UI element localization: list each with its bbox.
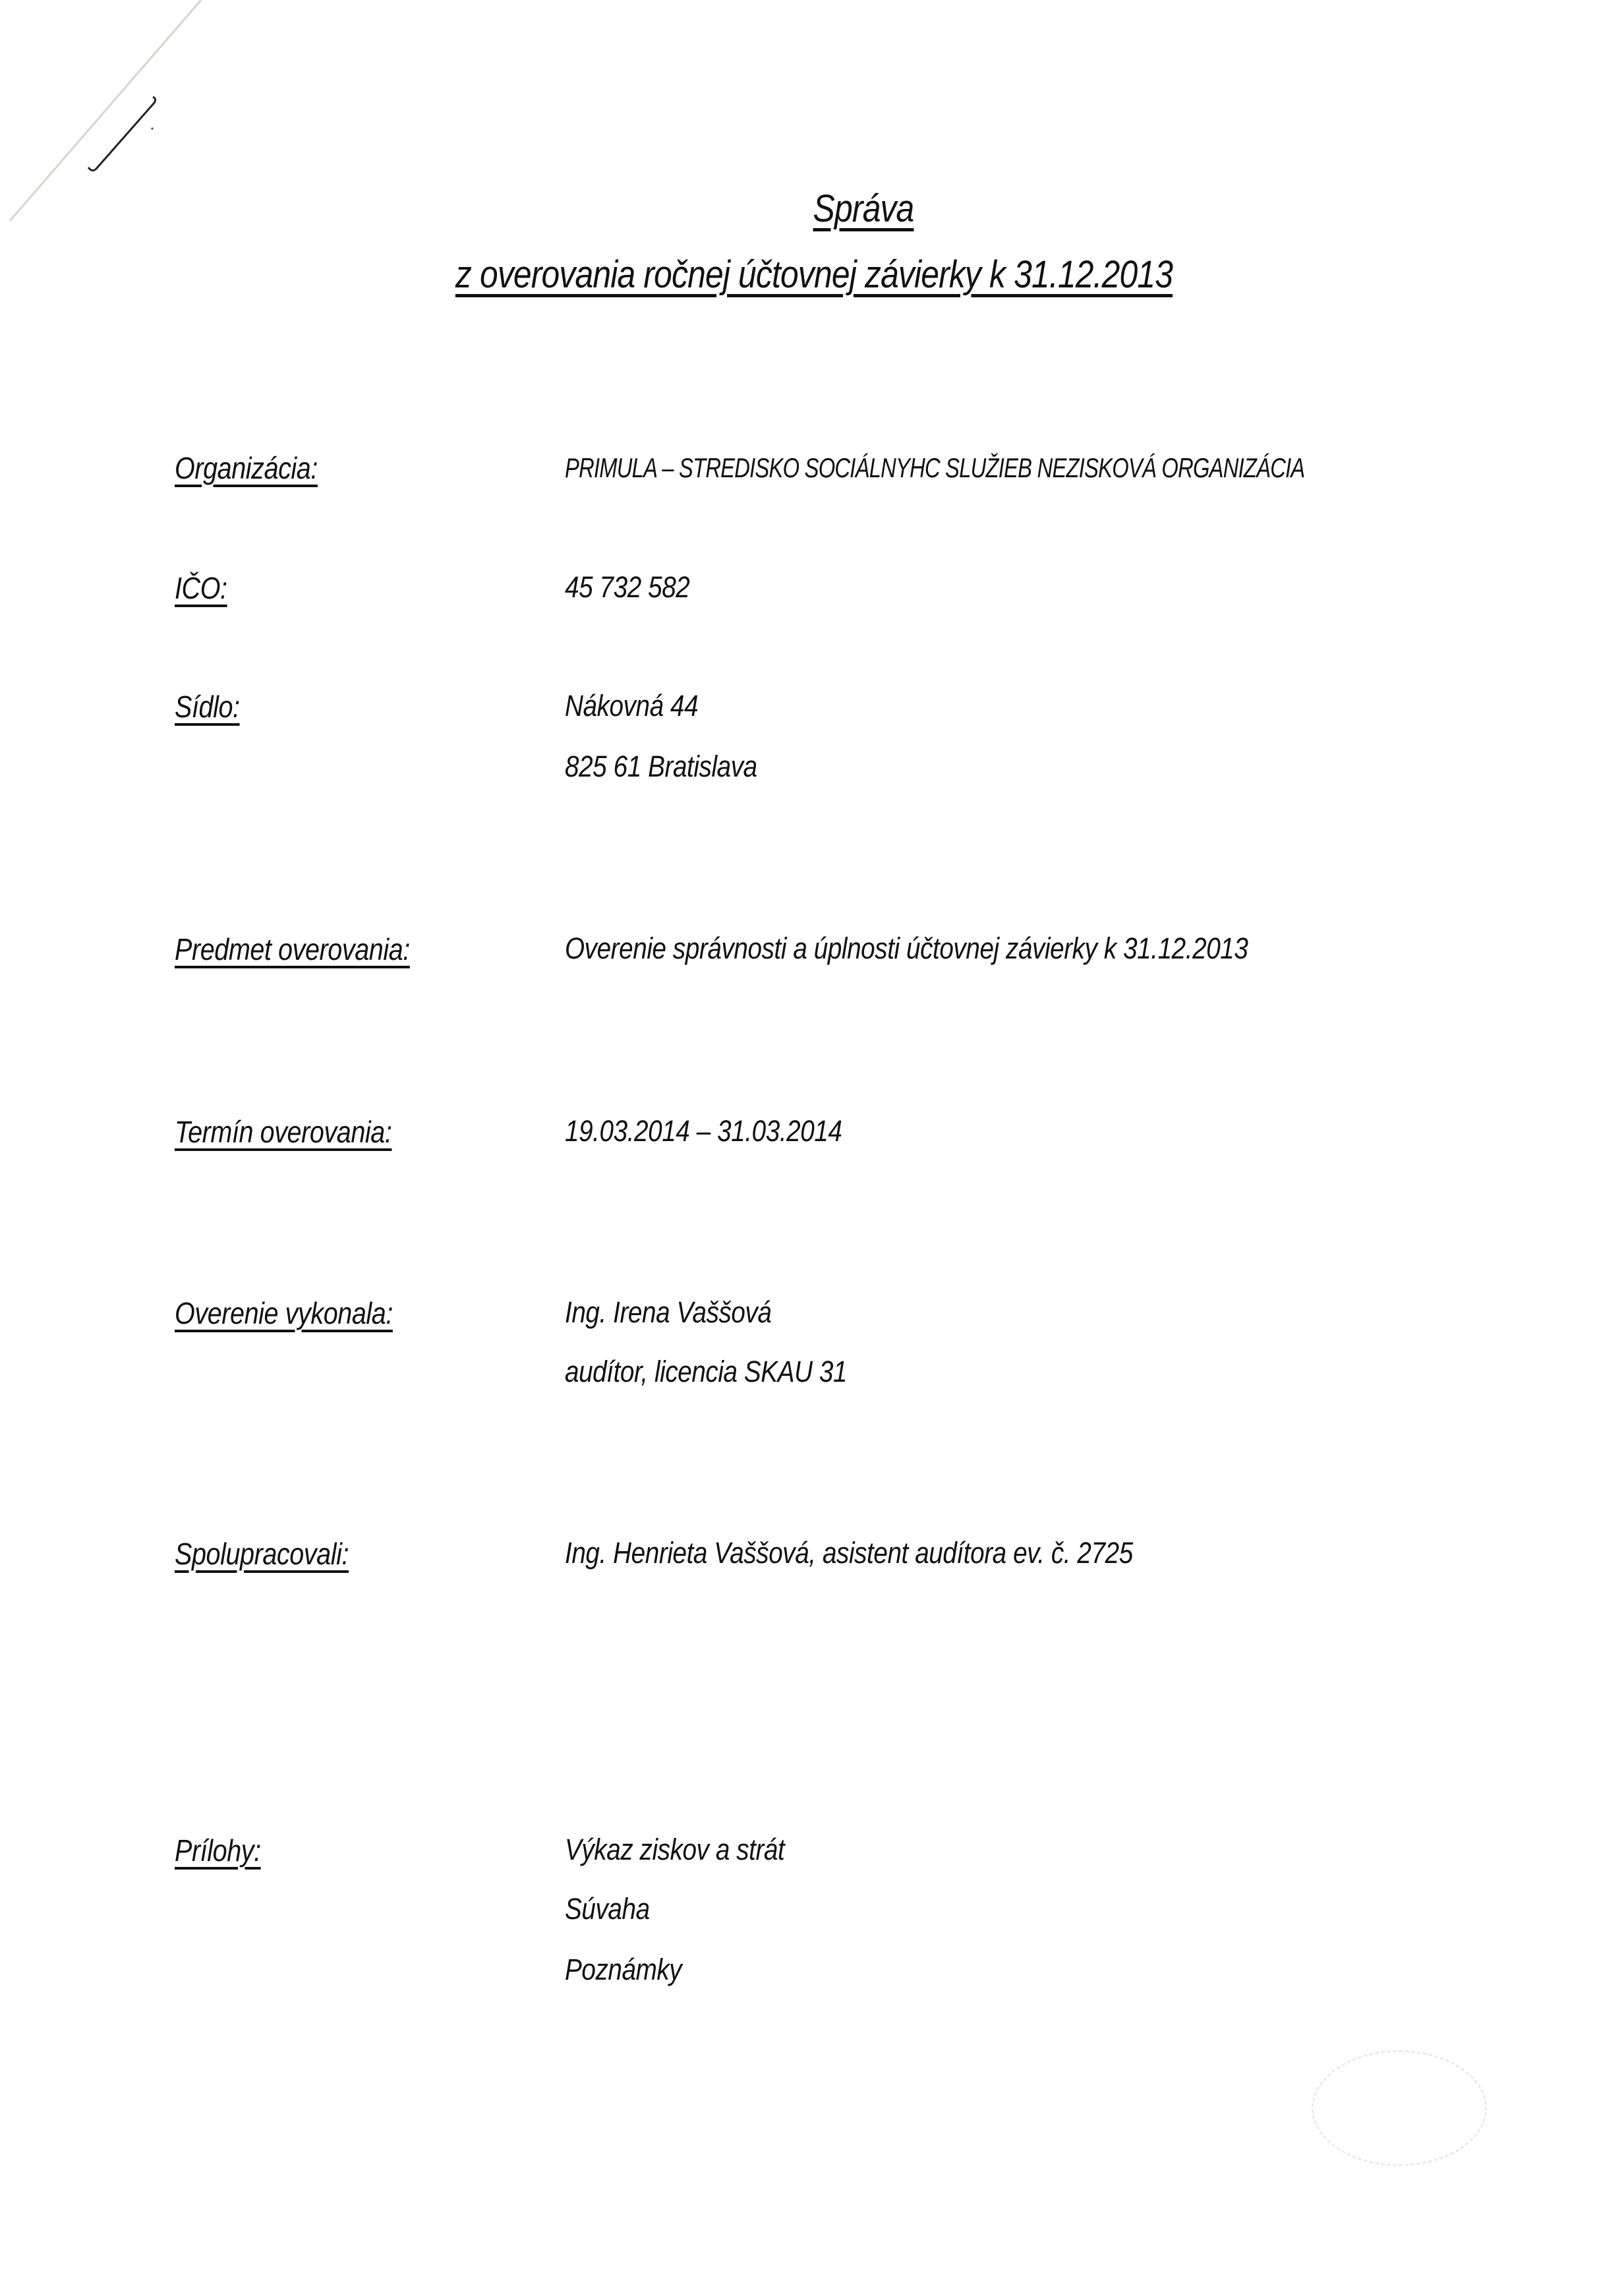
field-value-line: Ing. Irena Vaššová [565, 1295, 772, 1330]
attachment-item: Poznámky [565, 1953, 681, 1987]
document-page: Správa z overovania ročnej účtovnej závi… [0, 0, 1624, 2273]
field-value: Ing. Henrieta Vaššová, asistent audítora… [565, 1536, 1133, 1570]
field-value-line: audítor, licencia SKAU 31 [565, 1355, 847, 1389]
field-label: Organizácia: [175, 450, 318, 486]
attachment-item: Súvaha [565, 1892, 650, 1926]
field-label: Overenie vykonala: [175, 1295, 393, 1331]
field-value-line: 825 61 Bratislava [565, 750, 757, 784]
field-label: Prílohy: [175, 1833, 261, 1868]
field-value-line: Nákovná 44 [565, 689, 698, 723]
document-subtitle: z overovania ročnej účtovnej závierky k … [115, 252, 1512, 297]
document-subtitle-text: z overovania ročnej účtovnej závierky k … [455, 253, 1173, 296]
document-title-text: Správa [813, 187, 914, 230]
field-label: Sídlo: [175, 689, 240, 724]
attachment-item: Výkaz ziskov a strát [565, 1833, 784, 1867]
field-label: Spolupracovali: [175, 1536, 349, 1572]
field-label: Predmet overovania: [175, 931, 410, 967]
document-title: Správa [165, 187, 1561, 231]
field-value: 45 732 582 [565, 570, 689, 605]
field-label: IČO: [175, 570, 227, 606]
faint-stamp-mark [1312, 2050, 1487, 2166]
field-value: PRIMULA – STREDISKO SOCIÁLNYHC SLUŽIEB N… [565, 452, 1305, 484]
field-value: Overenie správnosti a úplnosti účtovnej … [565, 931, 1248, 966]
field-value: 19.03.2014 – 31.03.2014 [565, 1114, 842, 1148]
field-label: Termín overovania: [175, 1114, 391, 1150]
